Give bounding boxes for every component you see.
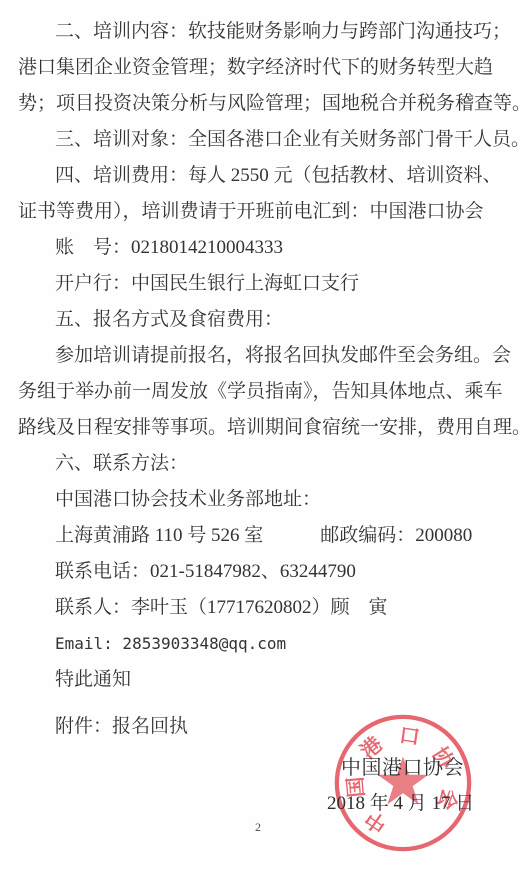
doc-line-registration-2: 务组于举办前一周发放《学员指南》，告知具体地点、乘车: [18, 374, 518, 410]
doc-line-notice-closing: 特此通知: [18, 662, 518, 698]
doc-line-training-content-2: 港口集团企业资金管理；数字经济时代下的财务转型大趋: [18, 50, 518, 86]
signature-date: 2018 年 4 月 17 日: [327, 788, 474, 815]
doc-line-training-content-3: 势；项目投资决策分析与风险管理；国地税合并税务稽查等。: [18, 86, 518, 122]
seal-char-4: 口: [398, 725, 421, 750]
document-page: 二、培训内容：软技能财务影响力与跨部门沟通技巧； 港口集团企业资金管理；数字经济…: [0, 0, 524, 870]
doc-line-account-number: 账 号：0218014210004333: [18, 230, 518, 266]
doc-line-training-fee-2: 证书等费用），培训费请于开班前电汇到：中国港口协会: [18, 194, 518, 230]
doc-line-contact-heading: 六、联系方法：: [18, 446, 518, 482]
document-body: 二、培训内容：软技能财务影响力与跨部门沟通技巧； 港口集团企业资金管理；数字经济…: [18, 14, 518, 745]
doc-line-address-postcode: 上海黄浦路 110 号 526 室 邮政编码：200080: [18, 518, 518, 554]
signature-organization: 中国港口协会: [341, 751, 464, 780]
doc-line-registration-1: 参加培训请提前报名，将报名回执发邮件至会务组。会: [18, 338, 518, 374]
doc-line-email: Email: 2853903348@qq.com: [18, 626, 518, 662]
doc-line-training-fee: 四、培训费用：每人 2550 元（包括教材、培训资料、: [18, 158, 518, 194]
doc-line-training-audience: 三、培训对象：全国各港口企业有关财务部门骨干人员。: [18, 122, 518, 158]
doc-line-registration-3: 路线及日程安排等事项。培训期间食宿统一安排，费用自理。: [18, 410, 518, 446]
doc-line-training-content: 二、培训内容：软技能财务影响力与跨部门沟通技巧；: [18, 14, 518, 50]
doc-line-bank-name: 开户行：中国民生银行上海虹口支行: [18, 266, 518, 302]
page-number: 2: [248, 820, 268, 835]
doc-line-contact-person: 联系人：李叶玉（17717620802）顾 寅: [18, 590, 518, 626]
official-seal: 中 国 港 口 协 会: [330, 710, 476, 856]
doc-line-registration-heading: 五、报名方式及食宿费用：: [18, 302, 518, 338]
doc-line-phone: 联系电话：021-51847982、63244790: [18, 554, 518, 590]
doc-line-contact-address-label: 中国港口协会技术业务部地址：: [18, 482, 518, 518]
